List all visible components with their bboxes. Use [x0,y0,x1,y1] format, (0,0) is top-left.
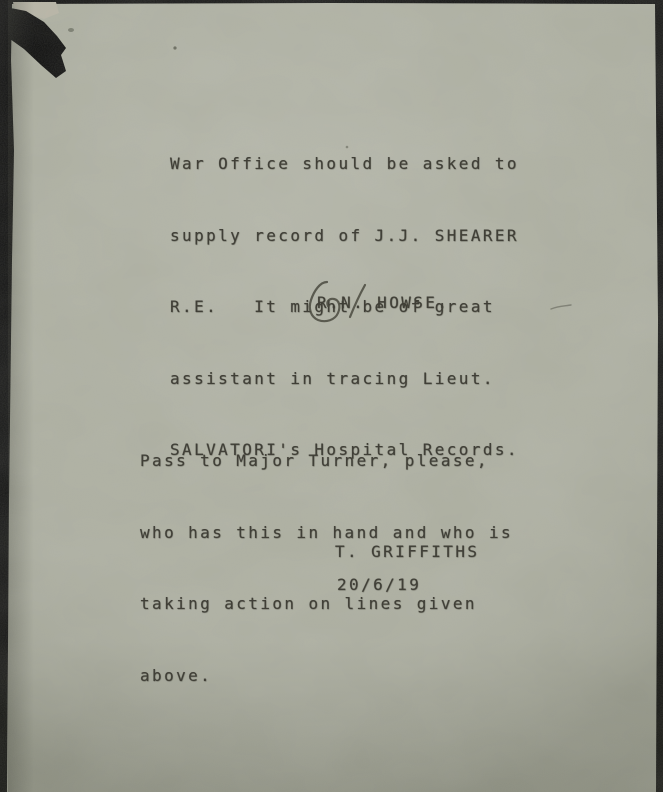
memo-line: taking action on lines given [140,587,513,621]
ink-speck [173,46,176,49]
signature-howse: R.N. HOWSE. [317,293,449,312]
memo-line: assistant in tracing Lieut. [170,362,519,396]
memo-pass-to-turner: Pass to Major Turner, please, who has th… [140,406,513,730]
memo-line: Pass to Major Turner, please, [140,444,513,478]
document-scan: War Office should be asked to supply rec… [0,0,663,792]
ink-speck [68,28,74,32]
memo-line: War Office should be asked to [170,147,519,181]
date-stamp: 20/6/19 [337,575,421,594]
memo-line: supply record of J.J. SHEARER [170,219,519,253]
signature-griffiths: T. GRIFFITHS [335,542,479,561]
memo-line: above. [140,659,513,693]
